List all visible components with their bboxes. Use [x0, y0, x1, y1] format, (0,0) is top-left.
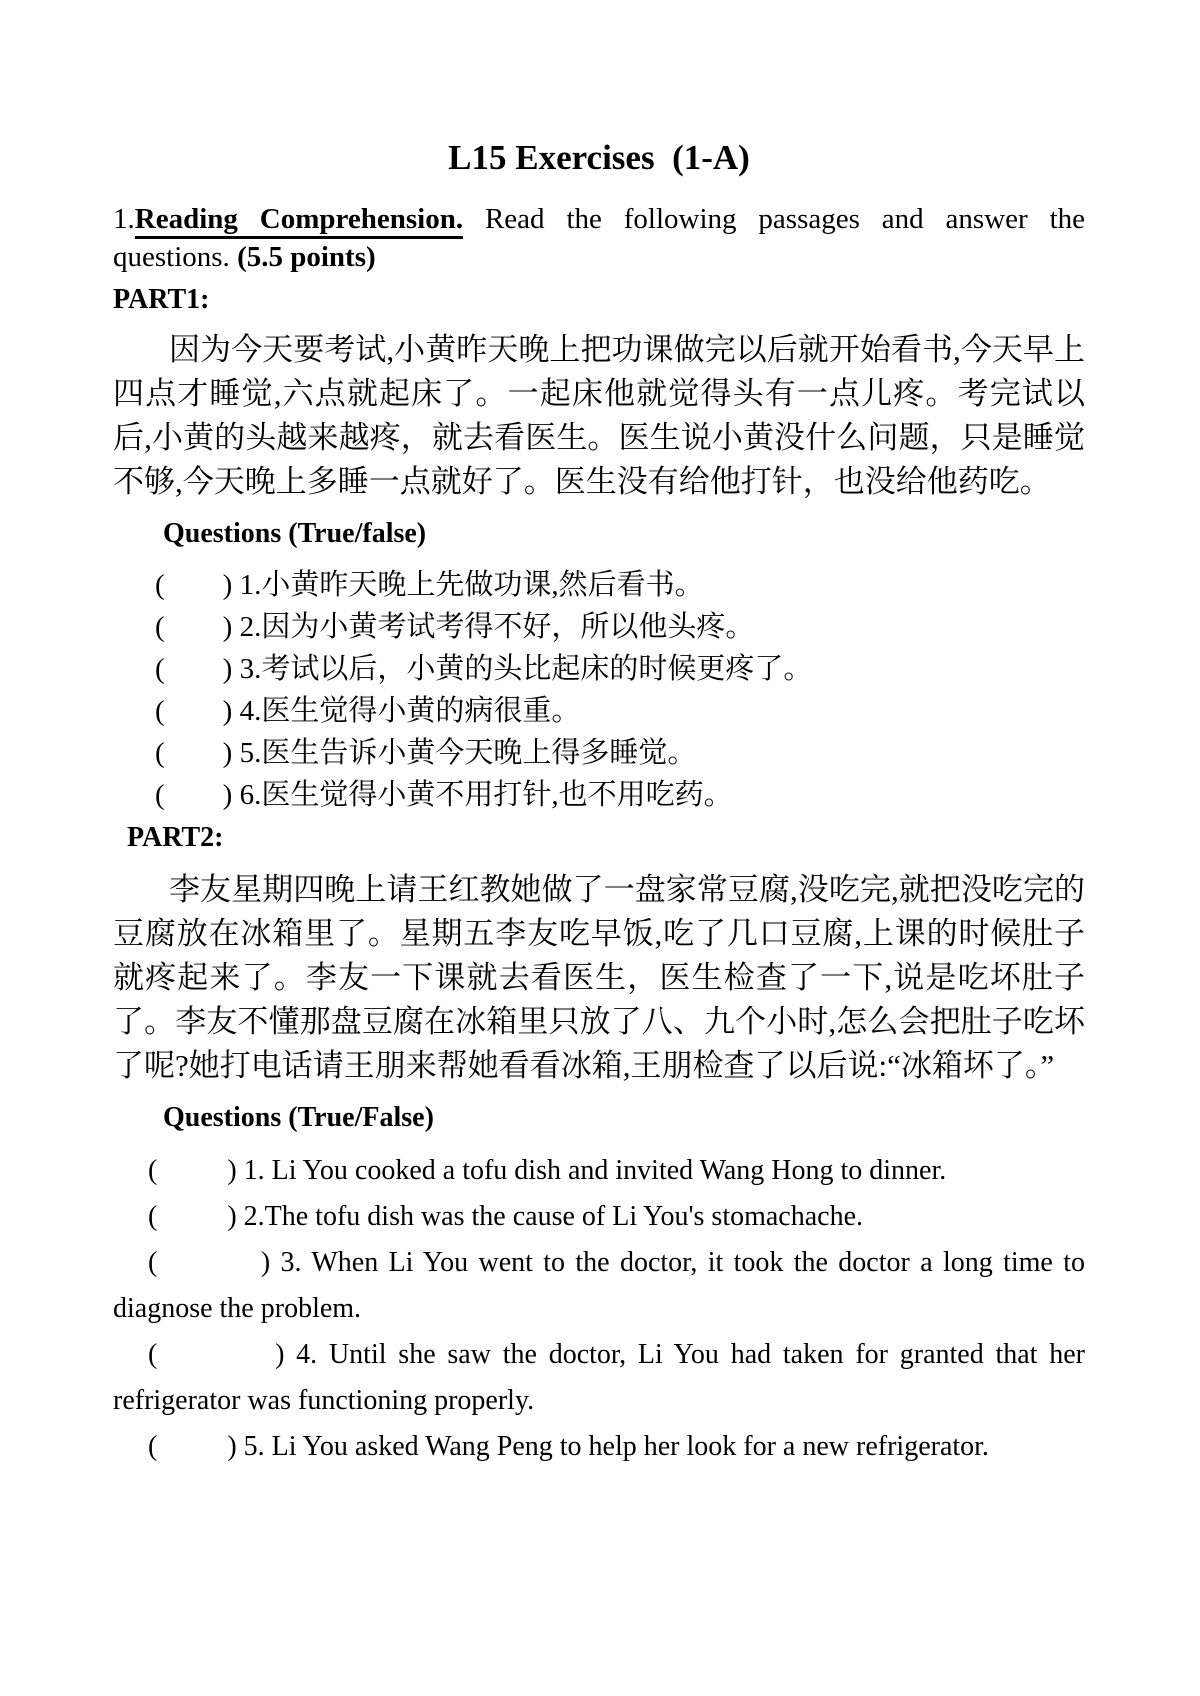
points-label: (5.5 points) — [237, 241, 376, 273]
question-item: ( ) 5.医生告诉小黄今天晚上得多睡觉。 — [113, 732, 1085, 774]
question-item: ( ) 1.小黄昨天晚上先做功课,然后看书。 — [113, 564, 1085, 606]
page-content: L15 Exercises (1-A) 1.Reading Comprehens… — [0, 0, 1200, 1516]
part1-questions-heading: Questions (True/false) — [163, 518, 1085, 550]
question-item: ( ) 4. Until she saw the doctor, Li You … — [113, 1332, 1085, 1424]
part1-label: PART1: — [113, 284, 1085, 316]
question-item: ( ) 3.考试以后，小黄的头比起床的时候更疼了。 — [113, 648, 1085, 690]
question-item: ( ) 1. Li You cooked a tofu dish and inv… — [113, 1148, 1085, 1194]
question-item: ( ) 4.医生觉得小黄的病很重。 — [113, 690, 1085, 732]
part2-questions-heading: Questions (True/False) — [163, 1102, 1085, 1134]
question-item: ( ) 2.因为小黄考试考得不好，所以他头疼。 — [113, 606, 1085, 648]
question-item: ( ) 3. When Li You went to the doctor, i… — [113, 1240, 1085, 1332]
question-item: ( ) 6.医生觉得小黄不用打针,也不用吃药。 — [113, 774, 1085, 816]
part1-passage: 因为今天要考试,小黄昨天晚上把功课做完以后就开始看书,今天早上四点才睡觉,六点就… — [113, 328, 1085, 504]
intro-number: 1. — [113, 203, 135, 235]
part2-passage: 李友星期四晚上请王红教她做了一盘家常豆腐,没吃完,就把没吃完的豆腐放在冰箱里了。… — [113, 868, 1085, 1088]
reading-comprehension-heading: Reading Comprehension. — [135, 203, 463, 239]
question-item: ( ) 2.The tofu dish was the cause of Li … — [113, 1194, 1085, 1240]
question-item: ( ) 5. Li You asked Wang Peng to help he… — [113, 1424, 1085, 1470]
part2-question-list: ( ) 1. Li You cooked a tofu dish and inv… — [113, 1148, 1085, 1470]
worksheet-page: L15 Exercises (1-A) 1.Reading Comprehens… — [0, 0, 1200, 1696]
part2-label: PART2: — [127, 822, 1085, 854]
intro-paragraph: 1.Reading Comprehension. Read the follow… — [113, 200, 1085, 276]
page-title: L15 Exercises (1-A) — [113, 138, 1085, 178]
part1-question-list: ( ) 1.小黄昨天晚上先做功课,然后看书。 ( ) 2.因为小黄考试考得不好，… — [113, 564, 1085, 816]
